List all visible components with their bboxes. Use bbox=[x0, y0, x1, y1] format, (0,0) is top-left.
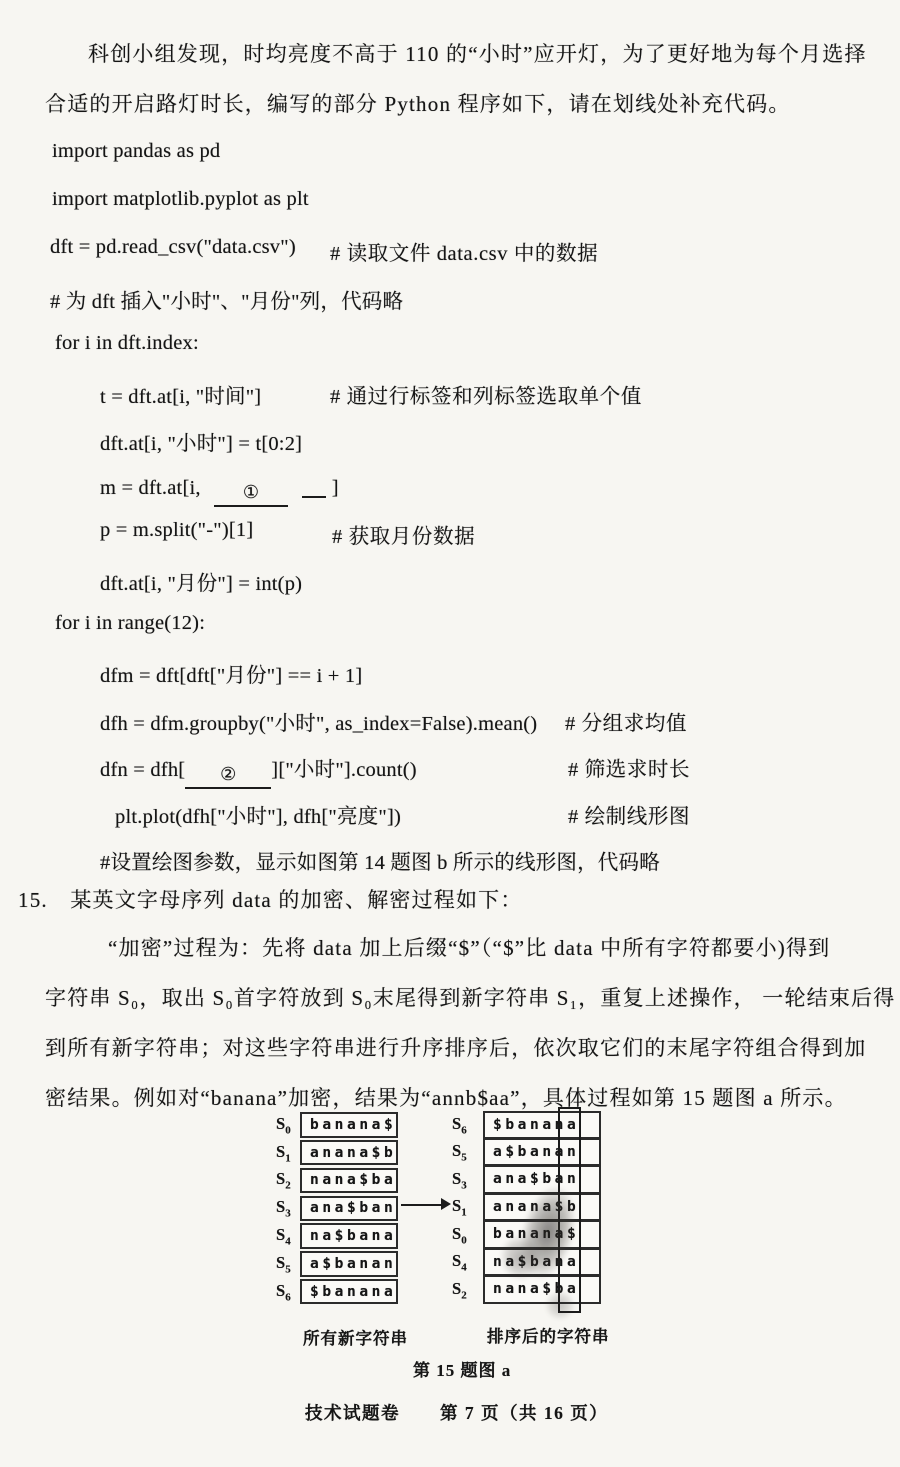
comment-p-assign: # 获取月份数据 bbox=[332, 519, 475, 549]
string-cell: a$banan bbox=[300, 1251, 398, 1277]
question-title: 某英文字母序列 data 的加密、解密过程如下： bbox=[70, 888, 522, 912]
comment-insert-columns: # 为 dft 插入"小时"、"月份"列，代码略 bbox=[50, 284, 403, 314]
question-number: 15. bbox=[18, 888, 48, 912]
code-t-assign-line: t = dft.at[i, "时间"] # 通过行标签和列标签选取单个值 bbox=[100, 379, 900, 409]
blank-1b bbox=[302, 472, 326, 498]
table-row: S5 a$banan bbox=[276, 1250, 398, 1278]
string-cell: banana$ bbox=[483, 1221, 601, 1249]
string-cell: banana$ bbox=[300, 1112, 398, 1138]
q15-paragraph-3: 到所有新字符串；对这些字符串进行升序排序后，依次取它们的末尾字符组合得到加 bbox=[45, 1032, 866, 1062]
code-p-assign: p = m.split("-")[1] bbox=[100, 519, 253, 541]
table-row: S6 $banana bbox=[276, 1278, 398, 1306]
footer-page-number: 第 7 页（共 16 页） bbox=[440, 1400, 608, 1425]
code-dfh-assign: dfh = dfm.groupby("小时", as_index=False).… bbox=[100, 713, 537, 735]
table-row: S2 nana$ba bbox=[276, 1167, 398, 1195]
table-row: S0 banana$ bbox=[276, 1111, 398, 1139]
string-label: S6 bbox=[452, 1114, 483, 1136]
comment-read-csv: # 读取文件 data.csv 中的数据 bbox=[330, 236, 598, 266]
figure-caption: 第 15 题图 a bbox=[413, 1356, 511, 1381]
string-label: S4 bbox=[276, 1225, 300, 1247]
code-dfh-assign-line: dfh = dfm.groupby("小时", as_index=False).… bbox=[100, 706, 900, 736]
code-dfn-assign-line: dfn = dfh[②]["小时"].count() # 筛选求时长 bbox=[100, 752, 900, 789]
footer-paper-title: 技术试题卷 bbox=[305, 1400, 400, 1425]
string-label: S5 bbox=[276, 1253, 300, 1275]
right-arrow-icon bbox=[401, 1197, 451, 1213]
right-table-caption: 排序后的字符串 bbox=[487, 1323, 610, 1347]
string-cell: anana$b bbox=[483, 1194, 601, 1222]
code-m-assign-line: m = dft.at[i, ① ] bbox=[100, 472, 339, 507]
q15-paragraph-2: 字符串 S₀，取出 S₀首字符放到 S₀末尾得到新字符串 S₁，重复上述操作， … bbox=[45, 982, 895, 1012]
string-label: S2 bbox=[452, 1279, 483, 1301]
comment-dfn: # 筛选求时长 bbox=[568, 752, 690, 782]
string-label: S4 bbox=[452, 1251, 483, 1273]
string-label: S2 bbox=[276, 1169, 300, 1191]
string-label: S0 bbox=[276, 1114, 300, 1136]
intro-line-1: 科创小组发现，时均亮度不高于 110 的“小时”应开灯，为了更好地为每个月选择 bbox=[88, 38, 867, 68]
q15-paragraph-4: 密结果。例如对“banana”加密，结果为“annb$aa”，具体过程如第 15… bbox=[45, 1082, 847, 1112]
code-for-index: for i in dft.index: bbox=[55, 332, 199, 355]
table-row: S3 ana$ban bbox=[276, 1194, 398, 1222]
string-cell: ana$ban bbox=[483, 1166, 601, 1194]
question-15-line: 15. 某英文字母序列 data 的加密、解密过程如下： bbox=[18, 884, 523, 914]
string-label: S6 bbox=[276, 1281, 300, 1303]
comment-t-assign: # 通过行标签和列标签选取单个值 bbox=[330, 379, 642, 409]
string-cell: na$bana bbox=[300, 1223, 398, 1249]
string-cell: ana$ban bbox=[300, 1196, 398, 1222]
intro-line-2: 合适的开启路灯时长，编写的部分 Python 程序如下，请在划线处补充代码。 bbox=[45, 88, 791, 118]
code-import-matplotlib: import matplotlib.pyplot as plt bbox=[52, 188, 309, 211]
code-dfm-assign: dfm = dft[dft["月份"] == i + 1] bbox=[100, 658, 362, 688]
code-t-assign: t = dft.at[i, "时间"] bbox=[100, 386, 261, 408]
left-string-table: S0 banana$ S1 anana$b S2 nana$ba S3 ana$… bbox=[276, 1111, 398, 1306]
string-cell: nana$ba bbox=[483, 1276, 601, 1304]
table-row: S4 na$bana bbox=[276, 1222, 398, 1250]
circled-number-1: ① bbox=[243, 482, 259, 503]
string-label: S5 bbox=[452, 1141, 483, 1163]
comment-plot-params: #设置绘图参数，显示如图第 14 题图 b 所示的线形图，代码略 bbox=[100, 845, 660, 875]
code-m-assign-post: ] bbox=[332, 477, 339, 499]
code-plot: plt.plot(dfh["小时"], dfh["亮度"]) bbox=[115, 806, 401, 828]
table-row: S1 anana$b bbox=[276, 1139, 398, 1167]
left-table-caption: 所有新字符串 bbox=[303, 1325, 408, 1349]
blank-1: ① bbox=[214, 481, 288, 507]
string-cell: $banana bbox=[300, 1279, 398, 1305]
code-hour-assign: dft.at[i, "小时"] = t[0:2] bbox=[100, 426, 302, 456]
code-import-pandas: import pandas as pd bbox=[52, 140, 220, 163]
string-label: S0 bbox=[452, 1224, 483, 1246]
string-cell: na$bana bbox=[483, 1249, 601, 1277]
circled-number-2: ② bbox=[220, 764, 236, 785]
string-cell: $banana bbox=[483, 1111, 601, 1139]
code-dfn-pre: dfn = dfh[ bbox=[100, 759, 185, 781]
code-read-csv: dft = pd.read_csv("data.csv") bbox=[50, 236, 296, 258]
string-label: S3 bbox=[452, 1169, 483, 1191]
string-cell: a$banan bbox=[483, 1139, 601, 1167]
code-month-assign: dft.at[i, "月份"] = int(p) bbox=[100, 566, 302, 596]
string-label: S1 bbox=[452, 1196, 483, 1218]
last-char-highlight-box bbox=[558, 1107, 581, 1313]
code-dfn-post: ]["小时"].count() bbox=[271, 759, 417, 781]
comment-plot: # 绘制线形图 bbox=[568, 799, 690, 829]
code-m-assign-pre: m = dft.at[i, bbox=[100, 477, 201, 499]
comment-dfh: # 分组求均值 bbox=[565, 706, 687, 736]
string-cell: nana$ba bbox=[300, 1168, 398, 1194]
code-p-assign-line: p = m.split("-")[1] # 获取月份数据 bbox=[100, 519, 900, 542]
code-read-csv-line: dft = pd.read_csv("data.csv") # 读取文件 dat… bbox=[50, 236, 900, 259]
string-cell: anana$b bbox=[300, 1140, 398, 1166]
q15-paragraph-1: “加密”过程为：先将 data 加上后缀“$”（“$”比 data 中所有字符都… bbox=[108, 932, 830, 962]
blank-2: ② bbox=[185, 763, 271, 789]
string-label: S3 bbox=[276, 1197, 300, 1219]
scanned-exam-page: { "intro": { "line1": "科创小组发现，时均亮度不高于 11… bbox=[0, 0, 900, 1467]
string-label: S1 bbox=[276, 1142, 300, 1164]
code-for-range: for i in range(12): bbox=[55, 612, 205, 635]
code-plot-line: plt.plot(dfh["小时"], dfh["亮度"]) # 绘制线形图 bbox=[115, 799, 900, 829]
